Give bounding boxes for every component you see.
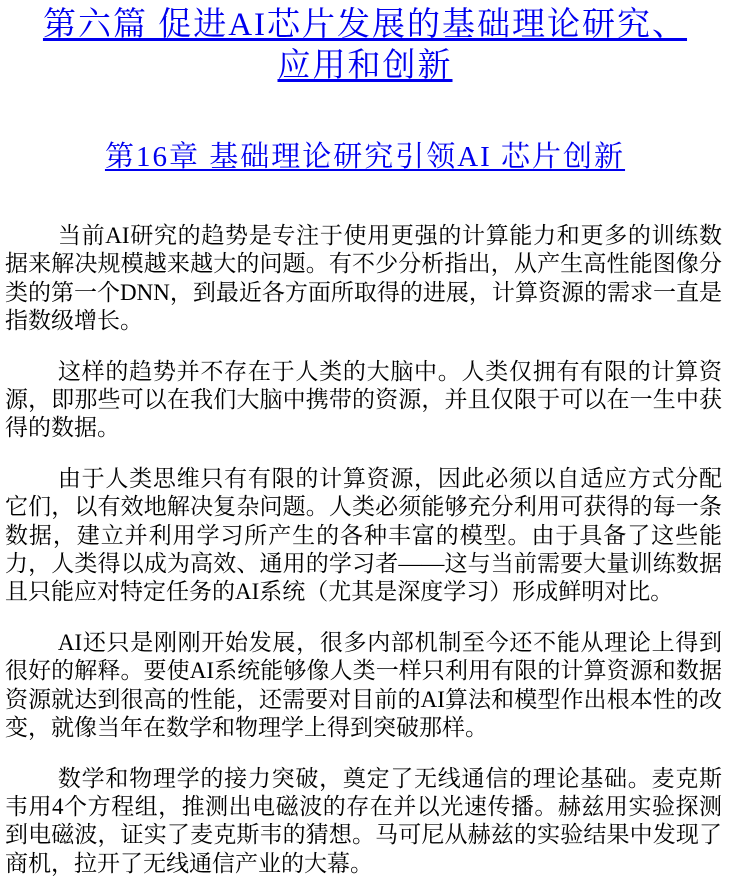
paragraph-1: 当前AI研究的趋势是专注于使用更强的计算能力和更多的训练数据来解决规模越来越大的… bbox=[5, 222, 722, 336]
paragraph-3: 由于人类思维只有有限的计算资源，因此必须以自适应方式分配它们，以有效地解决复杂问… bbox=[5, 465, 722, 607]
part-title-line-1[interactable]: 第六篇 促进AI芯片发展的基础理论研究、 bbox=[2, 5, 728, 46]
part-title-link[interactable]: 第六篇 促进AI芯片发展的基础理论研究、 应用和创新 bbox=[2, 5, 728, 87]
part-title-line-2[interactable]: 应用和创新 bbox=[2, 46, 728, 87]
paragraph-4: AI还只是刚刚开始发展，很多内部机制至今还不能从理论上得到很好的解释。要使AI系… bbox=[5, 629, 722, 743]
paragraph-5: 数学和物理学的接力突破，奠定了无线通信的理论基础。麦克斯韦用4个方程组，推测出电… bbox=[5, 765, 722, 879]
chapter-title-link[interactable]: 第16章 基础理论研究引领AI 芯片创新 bbox=[2, 140, 728, 175]
paragraph-2: 这样的趋势并不存在于人类的大脑中。人类仅拥有有限的计算资源，即那些可以在我们大脑… bbox=[5, 358, 722, 443]
document-page: 第六篇 促进AI芯片发展的基础理论研究、 应用和创新 第16章 基础理论研究引领… bbox=[0, 5, 730, 883]
body-text: 当前AI研究的趋势是专注于使用更强的计算能力和更多的训练数据来解决规模越来越大的… bbox=[0, 222, 730, 878]
